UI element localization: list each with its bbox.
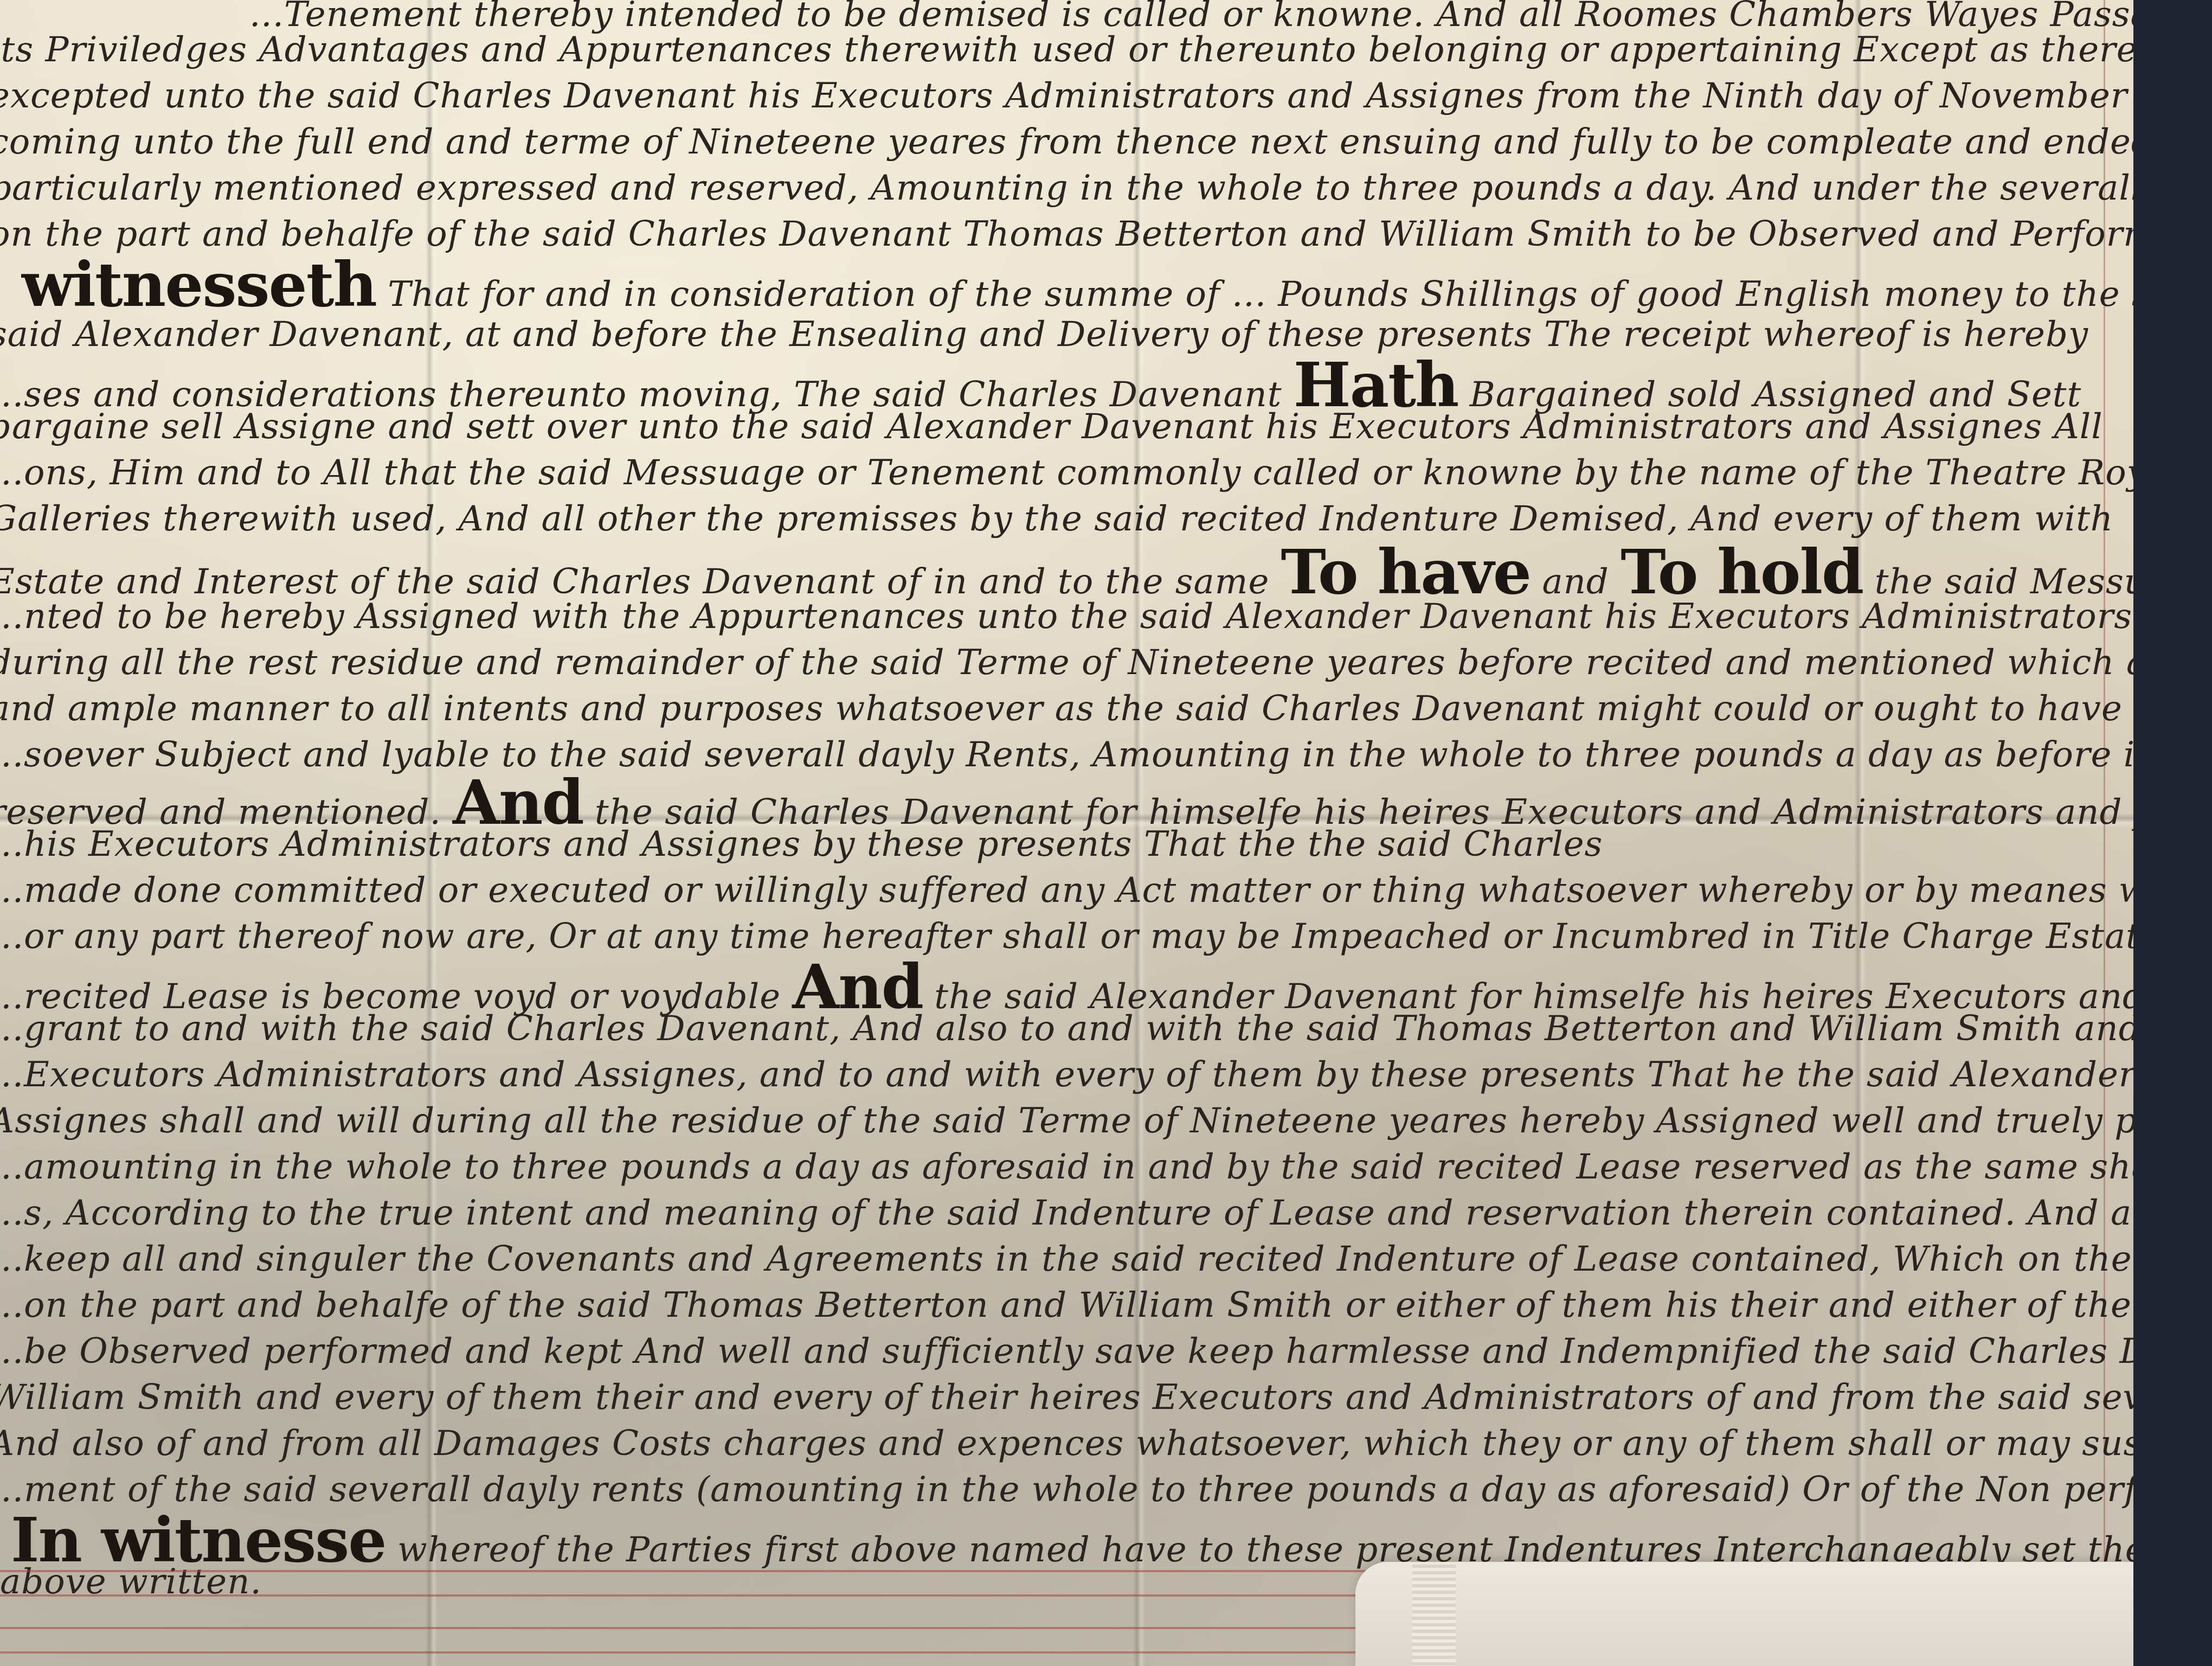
text-line: ...grant to and with the said Charles Da… xyxy=(0,1009,2212,1049)
text-line: and ample manner to all intents and purp… xyxy=(0,689,2212,729)
text-line: on the part and behalfe of the said Char… xyxy=(0,214,2212,254)
text-line: said Alexander Davenant, at and before t… xyxy=(0,315,2088,355)
text-line: and xyxy=(1542,562,1621,602)
text-line: Assignes shall and will during all the r… xyxy=(0,1101,2212,1141)
text-line: bargaine sell Assigne and sett over unto… xyxy=(0,407,2103,447)
text-line: ...nted to be hereby Assigned with the A… xyxy=(0,597,2132,637)
text-line: ...on the part and behalfe of the said T… xyxy=(0,1285,2212,1325)
text-line: Estate and Interest of the said Charles … xyxy=(0,562,1269,602)
text-line: And also of and from all Damages Costs c… xyxy=(0,1424,2212,1464)
text-line: Galleries therewith used, And all other … xyxy=(0,499,2113,539)
text-line: its Priviledges Advantages and Appurtena… xyxy=(0,30,2212,70)
text-line: excepted unto the said Charles Davenant … xyxy=(0,76,2212,116)
text-line: ...keep all and singuler the Covenants a… xyxy=(0,1239,2212,1279)
fabric-tie xyxy=(1355,1562,2196,1666)
text-line: ...Executors Administrators and Assignes… xyxy=(0,1055,2212,1095)
text-line: That for and in consideration of the sum… xyxy=(388,274,2205,315)
display-word-witnesseth: witnesseth xyxy=(22,249,376,321)
text-line: ...his Executors Administrators and Assi… xyxy=(0,824,1603,864)
text-line: ...made done committed or executed or wi… xyxy=(0,870,2212,911)
text-line: ...be Observed performed and kept And we… xyxy=(0,1331,2212,1372)
text-line: ...s, According to the true intent and m… xyxy=(0,1193,2212,1233)
background-surface xyxy=(2133,0,2212,1666)
witnesseth-line: witnesseth That for and in consideration… xyxy=(22,249,2205,321)
text-line: particularly mentioned expressed and res… xyxy=(0,168,2212,208)
text-line: ...or any part thereof now are, Or at an… xyxy=(0,917,2211,957)
fabric-tab xyxy=(1412,1565,1456,1666)
text-line: coming unto the full end and terme of Ni… xyxy=(0,122,2212,162)
text-line: during all the rest residue and remainde… xyxy=(0,643,2212,683)
text-line: William Smith and every of them their an… xyxy=(0,1377,2212,1418)
text-line: ...ons, Him and to All that the said Mes… xyxy=(0,453,2191,493)
text-line: ...amounting in the whole to three pound… xyxy=(0,1147,2212,1187)
text-line: ...ment of the said severall dayly rents… xyxy=(0,1470,2212,1510)
parchment-document: ...Tenement thereby intended to be demis… xyxy=(0,0,2133,1666)
